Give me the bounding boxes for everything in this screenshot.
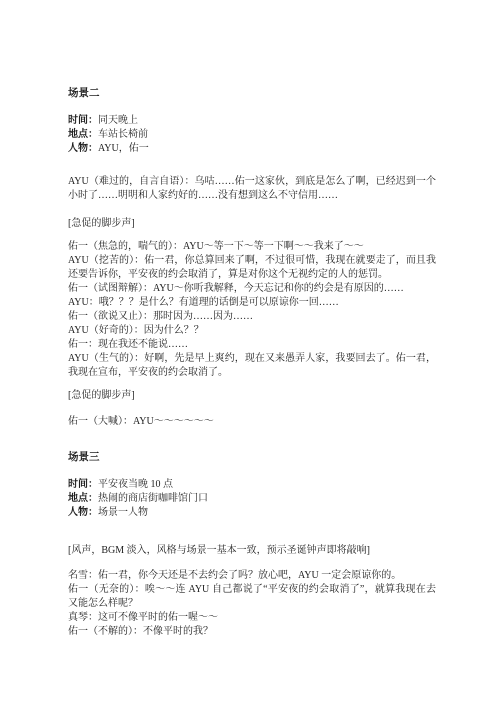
scene-3-section: 场景三 时间：平安夜当晚 10 点 地点：热闹的商店街咖啡馆门口 人物：场景一人…: [68, 451, 436, 639]
scene-3-meta-place-value: 热闹的商店街咖啡馆门口: [98, 493, 208, 504]
scene-2-dialog-block: 佑一（焦急的，喘气的）：AYU～等一下～等一下啊～～我来了～～ AYU（挖苦的）…: [68, 240, 436, 380]
scene-3-heading: 场景三: [68, 451, 436, 465]
scene-2-heading: 场景二: [68, 87, 436, 101]
dialog-line: 佑一（欲说又止）：那时因为……因为……: [68, 310, 436, 324]
scene-2-meta-place-value: 车站长椅前: [98, 129, 148, 140]
scene-2-meta-cast-label: 人物：: [68, 143, 98, 154]
scene-3-meta-cast-label: 人物：: [68, 507, 98, 518]
dialog-line: 佑一（试图辩解）：AYU～你听我解释，今天忘记和你的约会是有原因的……: [68, 282, 436, 296]
dialog-line: AYU：哦？？？是什么？有道理的话倒是可以原谅你一回……: [68, 296, 436, 310]
dialog-line: 佑一（焦急的，喘气的）：AYU～等一下～等一下啊～～我来了～～: [68, 240, 436, 254]
dialog-line: 佑一（无奈的）：唉～～连 AYU 自己都说了“平安夜的约会取消了”，就算我现在去…: [68, 583, 436, 611]
dialog-line: 名雪：佑一君，你今天还是不去约会了吗？放心吧，AYU 一定会原谅你的。: [68, 569, 436, 583]
scene-2-section: 场景二 时间：同天晚上 地点：车站长椅前 人物：AYU，佑一 AYU（难过的，自…: [68, 87, 436, 429]
scene-2-meta-place: 地点：车站长椅前: [68, 128, 436, 142]
scene-3-meta-cast: 人物：场景一人物: [68, 506, 436, 520]
scene-3-meta-time-label: 时间：: [68, 479, 98, 490]
dialog-line: AYU（好奇的）：因为什么？？: [68, 324, 436, 338]
scene-2-monologue-line: AYU（难过的，自言自语）：乌咕……佑一这家伙，到底是怎么了啊，已经迟到一个小时…: [68, 175, 436, 203]
dialog-line: AYU（挖苦的）：佑一君，你总算回来了啊，不过很可惜，我现在就要走了，而且我还要…: [68, 254, 436, 282]
scene-3-meta-cast-value: 场景一人物: [98, 507, 148, 518]
scene-2-meta: 时间：同天晚上 地点：车站长椅前 人物：AYU，佑一: [68, 114, 436, 156]
sfx-wind-bgm: [风声，BGM 淡入，风格与场景一基本一致，预示圣诞钟声即将敲响]: [68, 544, 436, 558]
scene-3-meta-time: 时间：平安夜当晚 10 点: [68, 478, 436, 492]
scene-3-meta-time-value: 平安夜当晚 10 点: [98, 479, 173, 490]
script-document-page: 场景二 时间：同天晚上 地点：车站长椅前 人物：AYU，佑一 AYU（难过的，自…: [0, 0, 500, 707]
scene-2-meta-time: 时间：同天晚上: [68, 114, 436, 128]
scene-3-dialog-block: 名雪：佑一君，你今天还是不去约会了吗？放心吧，AYU 一定会原谅你的。 佑一（无…: [68, 569, 436, 639]
scene-2-meta-cast: 人物：AYU，佑一: [68, 142, 436, 156]
scene-2-shout-line: 佑一（大喊）：AYU～～～～～～: [68, 415, 436, 429]
scene-2-meta-time-value: 同天晚上: [98, 115, 138, 126]
dialog-line: 佑一：现在我还不能说……: [68, 338, 436, 352]
dialog-line: 真琴：这可不像平时的佑一喔～～: [68, 611, 436, 625]
scene-2-meta-cast-value: AYU，佑一: [98, 143, 149, 154]
scene-2-meta-time-label: 时间：: [68, 115, 98, 126]
scene-3-meta-place-label: 地点：: [68, 493, 98, 504]
scene-3-meta: 时间：平安夜当晚 10 点 地点：热闹的商店街咖啡馆门口 人物：场景一人物: [68, 478, 436, 520]
sfx-footsteps-1: [急促的脚步声]: [68, 217, 436, 231]
sfx-footsteps-2: [急促的脚步声]: [68, 389, 436, 403]
scene-2-meta-place-label: 地点：: [68, 129, 98, 140]
dialog-line: 佑一（不解的）：不像平时的我？: [68, 625, 436, 639]
scene-3-meta-place: 地点：热闹的商店街咖啡馆门口: [68, 492, 436, 506]
dialog-line: AYU（生气的）：好啊，先是早上爽约，现在又来愚弄人家，我要回去了。佑一君，我现…: [68, 352, 436, 380]
